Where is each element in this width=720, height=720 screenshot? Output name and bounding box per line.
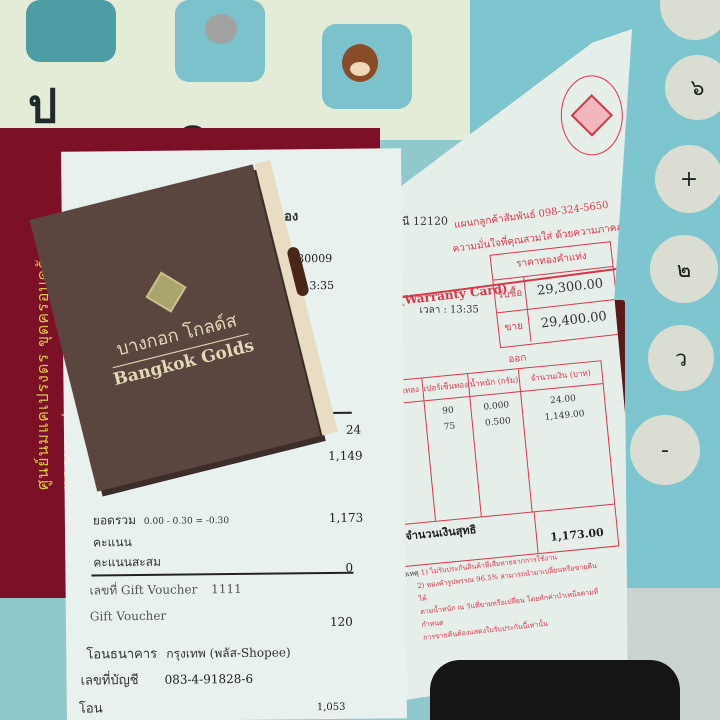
mat-circle: + bbox=[655, 145, 720, 213]
account-number: 083-4-91828-6 bbox=[164, 672, 253, 687]
bank-name: กรุงเทพ (พลัส-Shopee) bbox=[166, 643, 291, 663]
total-label: ยอดรวม bbox=[93, 513, 136, 527]
mouse-icon bbox=[175, 0, 265, 82]
divider bbox=[91, 572, 353, 576]
sell-label: ขายออก bbox=[497, 310, 531, 345]
time-value: 13:35 bbox=[450, 304, 479, 315]
voucher-label: Gift Voucher bbox=[90, 609, 166, 624]
total-row: ยอดรวม 0.00 - 0.30 = -0.30 bbox=[93, 510, 229, 530]
mat-circle: ๖ bbox=[665, 55, 720, 120]
gold-price-box: ราคาทองคำแท่ง รับซื้อ 29,300.00 ขายออก 2… bbox=[489, 241, 621, 348]
row-weight: 0.500 bbox=[472, 412, 523, 433]
mat-circle bbox=[660, 0, 720, 40]
transfer-label: โอน bbox=[79, 697, 103, 718]
items-table: ลายทอง เปอร์เซ็นทอง น้ำหนัก (กรัม) จำนวน… bbox=[385, 360, 619, 567]
transfer-amount: 1,053 bbox=[317, 702, 346, 713]
box-logo: บางกอก โกลด์ส Bangkok Golds bbox=[51, 250, 298, 401]
buy-label: รับซื้อ bbox=[493, 277, 527, 312]
voucher-number-row: เลขที่ Gift Voucher 1111 bbox=[90, 580, 242, 601]
time-row: เวลา : 13:35 bbox=[419, 302, 478, 318]
voucher-number-label: เลขที่ Gift Voucher bbox=[90, 582, 198, 597]
accumulated-points-label: คะแนนสะสม bbox=[93, 553, 161, 573]
monkey-icon bbox=[322, 24, 412, 109]
item-amount: 1,149 bbox=[328, 449, 363, 463]
table-body: 90 75 0.000 0.500 24.00 1,149.00 bbox=[389, 384, 615, 524]
bank-transfer-label: โอนธนาคาร bbox=[86, 643, 157, 665]
total-amount: 1,173 bbox=[329, 511, 364, 525]
mat-circle: ๒ bbox=[650, 235, 718, 303]
total-detail: 0.00 - 0.30 = -0.30 bbox=[144, 516, 229, 527]
item-amount: 24 bbox=[346, 423, 361, 437]
diamond-logo-icon bbox=[571, 94, 613, 136]
tree-icon bbox=[26, 0, 116, 62]
mat-circle: ว bbox=[648, 325, 714, 391]
brand-emblem bbox=[560, 75, 623, 156]
mat-circle: - bbox=[630, 415, 700, 485]
postcode-line: านี 12120 bbox=[396, 212, 448, 230]
time-label: เวลา : bbox=[419, 305, 446, 316]
dark-object bbox=[430, 660, 680, 720]
points-label: คะแนน bbox=[93, 533, 132, 552]
playmat-background: ป ด bbox=[0, 0, 470, 140]
col-percent: เปอร์เซ็นทอง bbox=[422, 374, 470, 400]
net-amount-value: 1,173.00 bbox=[535, 505, 619, 553]
account-label: เลขที่บัญชี bbox=[80, 669, 138, 691]
voucher-number: 1111 bbox=[211, 582, 242, 596]
diamond-logo-icon bbox=[145, 272, 186, 313]
voucher-amount: 120 bbox=[330, 615, 353, 629]
row-percent: 75 bbox=[426, 417, 472, 437]
